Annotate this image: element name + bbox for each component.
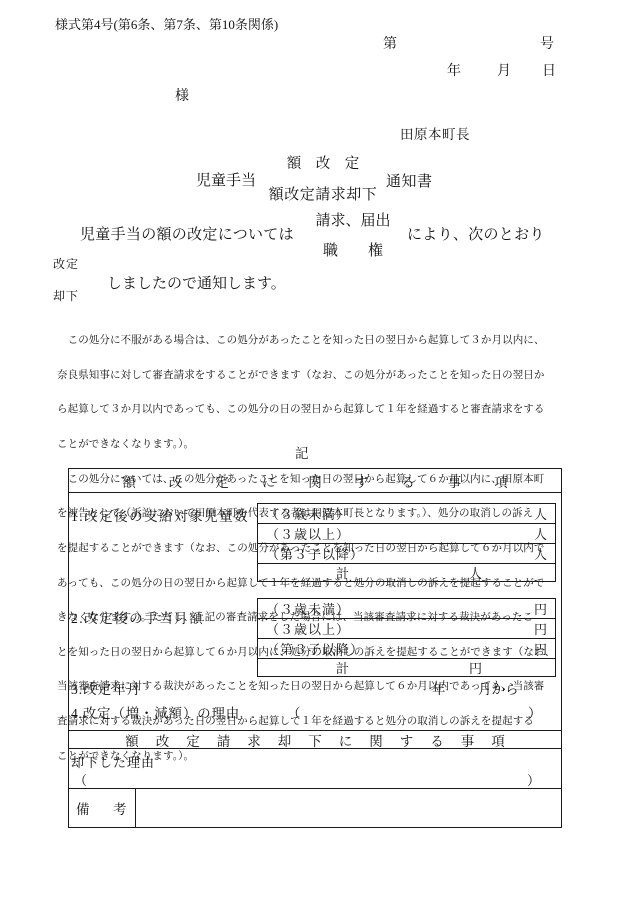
row-unit: 人 <box>534 544 547 563</box>
table-row-total: 計 人 <box>258 563 555 581</box>
table-row: （３歳以上） 円 <box>258 618 555 638</box>
revision-reason-close-paren: ） <box>528 702 542 722</box>
table-header-rejection: 額改定請求却下に関する事項 <box>69 730 561 749</box>
monthly-amount-label: 2.改定後の手当月額 <box>71 607 204 627</box>
row-unit: 円 <box>534 599 547 618</box>
basis-option-authority: 職 権 <box>293 243 413 260</box>
table-row: （第３子以降） 人 <box>258 543 555 563</box>
title-suffix: 通知書 <box>386 174 433 191</box>
revision-date-from: 月から <box>478 678 519 698</box>
rejection-reason-label: 却下した理由 <box>71 752 155 771</box>
remarks-cell: 備 考 <box>69 788 136 827</box>
row-unit: 人 <box>469 563 482 582</box>
row-label: （３歳未満） <box>266 599 350 618</box>
basis-option-request: 請求、届出 <box>293 213 413 230</box>
document-number-prefix: 第 <box>383 37 397 53</box>
issuer-name: 田原本町長 <box>400 127 470 143</box>
action-option-revised: 改定 <box>53 258 79 272</box>
closing-text: しましたので通知します。 <box>107 276 286 293</box>
legal-line: 奈良県知事に対して審査請求をすることができます（なお、この処分があったことを知っ… <box>57 371 567 382</box>
title-option-revision: 額 改 定 <box>253 156 393 173</box>
monthly-amount-table: （３歳未満） 円 （３歳以上） 円 （第３子以降） 円 計 円 <box>257 598 556 677</box>
addressee-honorific: 様 <box>175 89 189 105</box>
revision-table: 額改定に関する事項 1.改定後の支給対象児童数 （３歳未満） 人 （３歳以上） … <box>68 468 562 828</box>
form-number-note: 様式第4号(第6条、第7条、第10条関係) <box>55 18 278 33</box>
row-label: （３歳未満） <box>266 504 350 523</box>
children-count-label: 1.改定後の支給対象児童数 <box>71 505 249 525</box>
rejection-reason-open-paren: （ <box>74 770 87 789</box>
date-year-label: 年 <box>447 64 461 80</box>
revision-reason-open-paren: （ <box>287 702 301 722</box>
row-unit: 円 <box>534 639 547 658</box>
intro-text: 児童手当の額の改定については <box>80 227 294 244</box>
remarks-label: 備 考 <box>76 798 132 818</box>
row-unit: 円 <box>534 619 547 638</box>
date-month-label: 月 <box>497 64 511 80</box>
record-mark: 記 <box>295 446 309 462</box>
row-label: （３歳以上） <box>266 619 350 638</box>
intro-continuation: により、次のとおり <box>407 227 545 244</box>
row-label: （第３子以降） <box>266 544 364 563</box>
notification-form-page: 様式第4号(第6条、第7条、第10条関係) 第 号 年 月 日 様 田原本町長 … <box>0 0 630 903</box>
title-option-rejection: 額改定請求却下 <box>253 187 393 204</box>
date-day-label: 日 <box>542 64 556 80</box>
table-header-revision: 額改定に関する事項 <box>69 469 561 493</box>
title-prefix: 児童手当 <box>196 173 256 190</box>
children-count-table: （３歳未満） 人 （３歳以上） 人 （第３子以降） 人 計 人 <box>257 503 556 582</box>
table-row: （３歳未満） 円 <box>258 599 555 618</box>
document-number-suffix: 号 <box>540 37 554 53</box>
legal-line: ことができなくなります。）。 <box>57 440 567 451</box>
row-unit: 円 <box>469 658 482 677</box>
table-row: （第３子以降） 円 <box>258 638 555 658</box>
table-row: （３歳未満） 人 <box>258 504 555 523</box>
table-row: （３歳以上） 人 <box>258 523 555 543</box>
rejection-reason-section: 却下した理由 （ ） <box>69 748 561 789</box>
remarks-section: 備 考 <box>69 788 561 827</box>
rejection-reason-close-paren: ） <box>527 770 540 789</box>
legal-line: ら起算して３か月以内であっても、この処分の日の翌日から起算して１年を経過すると審… <box>57 405 567 416</box>
legal-line: この処分に不服がある場合は、この処分があったことを知った日の翌日から起算して３か… <box>57 336 567 347</box>
row-label: （第３子以降） <box>266 639 364 658</box>
row-unit: 人 <box>534 524 547 543</box>
table-row-total: 計 円 <box>258 658 555 676</box>
row-unit: 人 <box>534 504 547 523</box>
row-label: （３歳以上） <box>266 524 350 543</box>
action-option-rejected: 却下 <box>53 290 79 304</box>
revision-reason-label: 4.改定（増・減額）の理由 <box>71 702 240 722</box>
row-label: 計 <box>336 563 350 582</box>
row-label: 計 <box>336 658 350 677</box>
revision-date-label: 3.改定年月 <box>71 678 141 698</box>
revision-date-year: 年 <box>432 678 446 698</box>
